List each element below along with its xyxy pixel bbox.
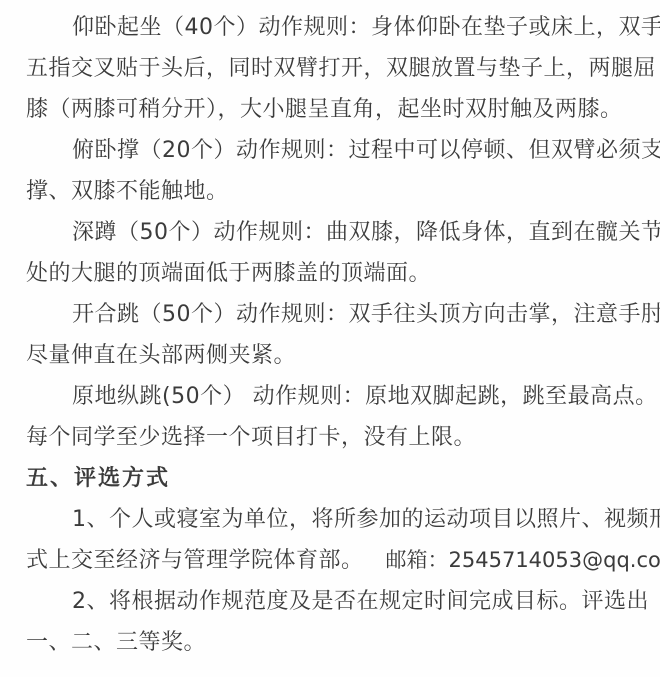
selection-item-2-line-1: 2、将根据动作规范度及是否在规定时间完成目标。评选出 — [26, 581, 640, 622]
participation-note-line: 每个同学至少选择一个项目打卡，没有上限。 — [26, 417, 640, 458]
submission-text: 式上交至经济与管理学院体育部。 — [26, 548, 364, 573]
situp-rule-line-1: 仰卧起坐（40个）动作规则：身体仰卧在垫子或床上，双手 — [26, 7, 640, 48]
pushup-rule-line-1: 俯卧撑（20个）动作规则：过程中可以停顿、但双臂必须支 — [26, 130, 640, 171]
situp-rule-line-3: 膝（两膝可稍分开），大小腿呈直角，起坐时双肘触及两膝。 — [26, 89, 640, 130]
selection-item-2-line-2: 一、二、三等奖。 — [26, 622, 640, 663]
situp-rule-line-2: 五指交叉贴于头后，同时双臂打开，双腿放置与垫子上，两腿屈 — [26, 48, 640, 89]
jumping-jack-rule-line-2: 尽量伸直在头部两侧夹紧。 — [26, 335, 640, 376]
selection-item-1-line-2: 式上交至经济与管理学院体育部。邮箱：2545714053@qq.com — [26, 540, 640, 581]
squat-rule-line-1: 深蹲（50个）动作规则：曲双膝，降低身体，直到在髋关节 — [26, 212, 640, 253]
selection-item-1-line-1: 1、个人或寝室为单位，将所参加的运动项目以照片、视频形 — [26, 499, 640, 540]
jumping-jack-rule-line-1: 开合跳（50个）动作规则：双手往头顶方向击掌，注意手肘 — [26, 294, 640, 335]
pushup-rule-line-2: 撑、双膝不能触地。 — [26, 171, 640, 212]
section-heading-selection-method: 五、评选方式 — [26, 458, 640, 499]
email-address: 邮箱：2545714053@qq.com — [386, 548, 660, 572]
document-page: 仰卧起坐（40个）动作规则：身体仰卧在垫子或床上，双手 五指交叉贴于头后，同时双… — [0, 0, 660, 677]
squat-rule-line-2: 处的大腿的顶端面低于两膝盖的顶端面。 — [26, 253, 640, 294]
vertical-jump-rule-line: 原地纵跳(50个） 动作规则：原地双脚起跳，跳至最高点。 — [26, 376, 640, 417]
